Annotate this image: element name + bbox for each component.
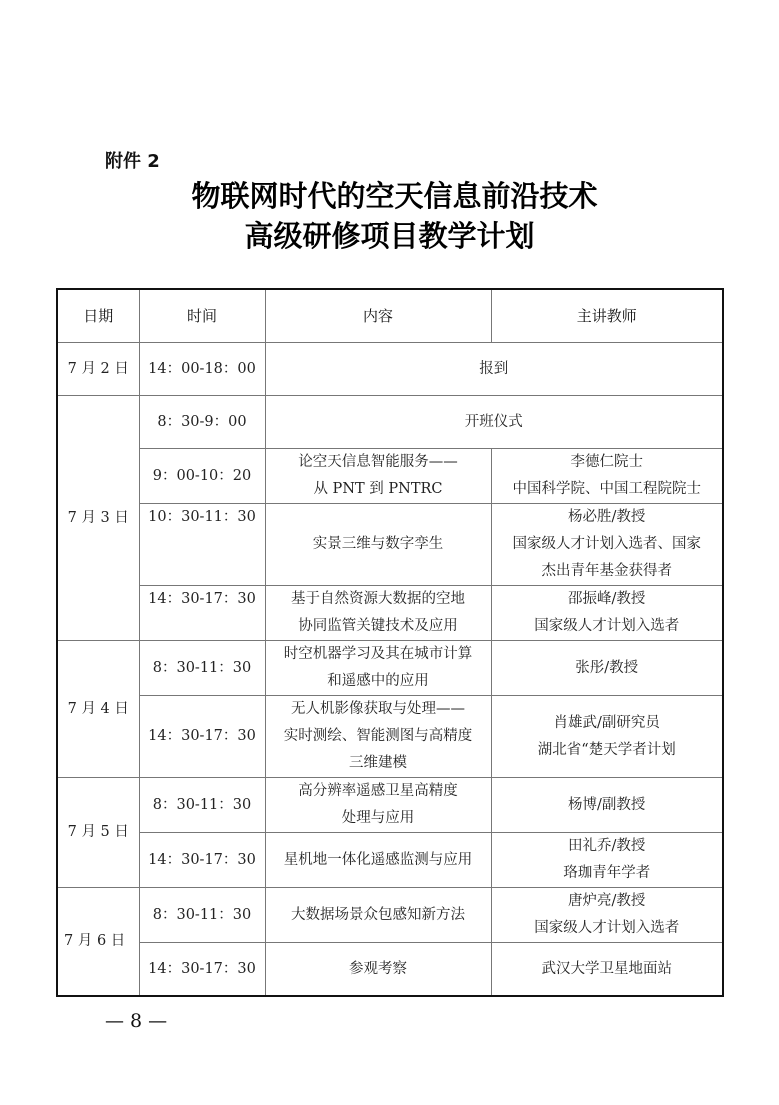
teacher-cell: 武汉大学卫星地面站 — [491, 943, 723, 997]
content-cell: 实景三维与数字孪生 — [265, 504, 491, 586]
time-cell: 14：30-17：30 — [139, 586, 265, 641]
document-title-line2: 高级研修项目教学计划 — [0, 214, 779, 255]
header-time: 时间 — [139, 289, 265, 343]
time-cell: 8：30-9：00 — [139, 396, 265, 449]
content-line: 三维建模 — [270, 750, 487, 777]
content-line: 无人机影像获取与处理—— — [270, 696, 487, 723]
header-content: 内容 — [265, 289, 491, 343]
teacher-line: 田礼乔/教授 — [496, 833, 719, 860]
teacher-line: 国家级人才计划入选者 — [496, 613, 719, 640]
teaching-plan-table: 日期 时间 内容 主讲教师 7 月 2 日 14：00-18：00 报到 7 月… — [56, 288, 724, 997]
teacher-line: 珞珈青年学者 — [496, 860, 719, 887]
header-date: 日期 — [57, 289, 139, 343]
content-line: 报到 — [270, 356, 719, 383]
teacher-line: 李德仁院士 — [496, 449, 719, 476]
time-cell: 14：30-17：30 — [139, 943, 265, 997]
teacher-line: 杨必胜/教授 — [496, 504, 719, 531]
content-line: 处理与应用 — [270, 805, 487, 832]
time-cell: 14：00-18：00 — [139, 343, 265, 396]
table-row: 7 月 5 日 8：30-11：30 高分辨率遥感卫星高精度 处理与应用 杨博/… — [57, 778, 723, 833]
teacher-line: 张彤/教授 — [496, 655, 719, 682]
teacher-line: 中国科学院、中国工程院院士 — [496, 476, 719, 503]
table-row: 14：30-17：30 无人机影像获取与处理—— 实时测绘、智能测图与高精度 三… — [57, 696, 723, 778]
content-line: 论空天信息智能服务—— — [270, 449, 487, 476]
content-line: 参观考察 — [270, 956, 487, 983]
content-cell: 时空机器学习及其在城市计算 和遥感中的应用 — [265, 641, 491, 696]
content-line: 和遥感中的应用 — [270, 668, 487, 695]
teacher-line: 国家级人才计划入选者、国家 — [496, 531, 719, 558]
teacher-cell: 杨博/副教授 — [491, 778, 723, 833]
date-cell: 7 月 2 日 — [57, 343, 139, 396]
document-title-line1: 物联网时代的空天信息前沿技术 — [0, 174, 779, 215]
content-line: 协同监管关键技术及应用 — [270, 613, 487, 640]
time-cell: 10：30-11：30 — [139, 504, 265, 586]
time-cell: 8：30-11：30 — [139, 641, 265, 696]
time-cell: 14：30-17：30 — [139, 696, 265, 778]
teacher-line: 肖雄武/副研究员 — [496, 710, 719, 737]
content-cell: 高分辨率遥感卫星高精度 处理与应用 — [265, 778, 491, 833]
teacher-line: 杰出青年基金获得者 — [496, 558, 719, 585]
content-cell: 基于自然资源大数据的空地 协同监管关键技术及应用 — [265, 586, 491, 641]
date-cell: 7 月 5 日 — [57, 778, 139, 888]
content-cell: 论空天信息智能服务—— 从 PNT 到 PNTRC — [265, 449, 491, 504]
time-cell: 14：30-17：30 — [139, 833, 265, 888]
table-header-row: 日期 时间 内容 主讲教师 — [57, 289, 723, 343]
teacher-cell: 邵振峰/教授 国家级人才计划入选者 — [491, 586, 723, 641]
time-cell: 8：30-11：30 — [139, 778, 265, 833]
date-cell: 7 月 3 日 — [57, 396, 139, 641]
table-row: 14：30-17：30 参观考察 武汉大学卫星地面站 — [57, 943, 723, 997]
content-cell: 星机地一体化遥感监测与应用 — [265, 833, 491, 888]
teacher-line: 武汉大学卫星地面站 — [496, 956, 719, 983]
teacher-cell: 李德仁院士 中国科学院、中国工程院院士 — [491, 449, 723, 504]
content-cell: 报到 — [265, 343, 723, 396]
teacher-line: 杨博/副教授 — [496, 792, 719, 819]
table-row: 9：00-10：20 论空天信息智能服务—— 从 PNT 到 PNTRC 李德仁… — [57, 449, 723, 504]
table-row: 14：30-17：30 星机地一体化遥感监测与应用 田礼乔/教授 珞珈青年学者 — [57, 833, 723, 888]
content-line: 星机地一体化遥感监测与应用 — [270, 847, 487, 874]
content-line: 开班仪式 — [270, 409, 719, 436]
page-number: — 8 — — [105, 1010, 167, 1032]
content-line: 基于自然资源大数据的空地 — [270, 586, 487, 613]
time-cell: 9：00-10：20 — [139, 449, 265, 504]
content-line: 实时测绘、智能测图与高精度 — [270, 723, 487, 750]
teacher-cell: 田礼乔/教授 珞珈青年学者 — [491, 833, 723, 888]
table-row: 7 月 3 日 8：30-9：00 开班仪式 — [57, 396, 723, 449]
content-line: 实景三维与数字孪生 — [270, 531, 487, 558]
table-row: 7 月 4 日 8：30-11：30 时空机器学习及其在城市计算 和遥感中的应用… — [57, 641, 723, 696]
table-row: 14：30-17：30 基于自然资源大数据的空地 协同监管关键技术及应用 邵振峰… — [57, 586, 723, 641]
content-line: 大数据场景众包感知新方法 — [270, 902, 487, 929]
teacher-line: 湖北省“楚天学者计划 — [496, 737, 719, 764]
date-cell: 7 月 4 日 — [57, 641, 139, 778]
content-cell: 参观考察 — [265, 943, 491, 997]
teacher-line: 国家级人才计划入选者 — [496, 915, 719, 942]
header-teacher: 主讲教师 — [491, 289, 723, 343]
table-row: 7 月 6 日 8：30-11：30 大数据场景众包感知新方法 唐炉亮/教授 国… — [57, 888, 723, 943]
table-row: 10：30-11：30 实景三维与数字孪生 杨必胜/教授 国家级人才计划入选者、… — [57, 504, 723, 586]
attachment-label: 附件 2 — [105, 147, 160, 173]
content-line: 时空机器学习及其在城市计算 — [270, 641, 487, 668]
teacher-cell: 肖雄武/副研究员 湖北省“楚天学者计划 — [491, 696, 723, 778]
teacher-cell: 张彤/教授 — [491, 641, 723, 696]
content-line: 高分辨率遥感卫星高精度 — [270, 778, 487, 805]
table-row: 7 月 2 日 14：00-18：00 报到 — [57, 343, 723, 396]
date-cell: 7 月 6 日 — [57, 888, 139, 997]
teacher-line: 邵振峰/教授 — [496, 586, 719, 613]
teacher-line: 唐炉亮/教授 — [496, 888, 719, 915]
teacher-cell: 杨必胜/教授 国家级人才计划入选者、国家 杰出青年基金获得者 — [491, 504, 723, 586]
content-cell: 无人机影像获取与处理—— 实时测绘、智能测图与高精度 三维建模 — [265, 696, 491, 778]
teacher-cell: 唐炉亮/教授 国家级人才计划入选者 — [491, 888, 723, 943]
time-cell: 8：30-11：30 — [139, 888, 265, 943]
content-cell: 大数据场景众包感知新方法 — [265, 888, 491, 943]
content-cell: 开班仪式 — [265, 396, 723, 449]
content-line: 从 PNT 到 PNTRC — [270, 476, 487, 503]
